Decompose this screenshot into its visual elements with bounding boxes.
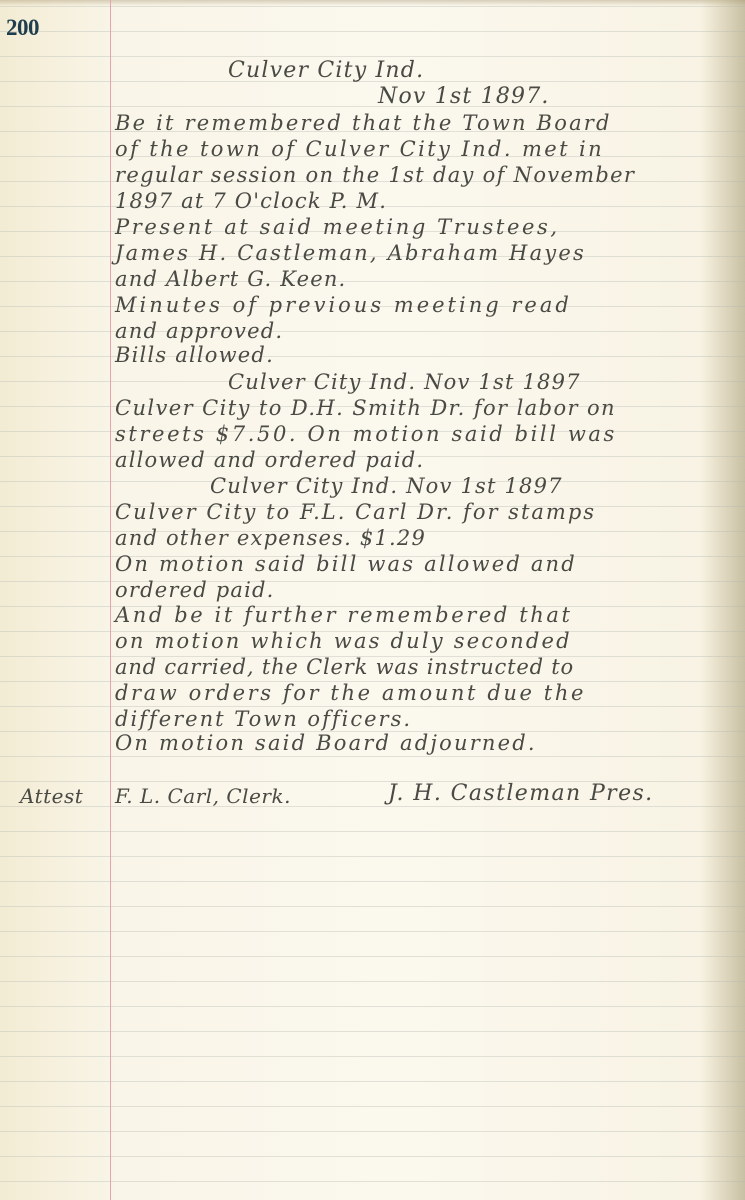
bill-header: Culver City Ind. Nov 1st 1897 xyxy=(228,370,581,394)
margin-line xyxy=(110,0,111,1200)
closing-line: And be it further remembered that xyxy=(115,603,573,627)
ledger-page: 200 Culver City Ind. Nov 1st 1897. Be it… xyxy=(0,0,745,1200)
minutes-line: of the town of Culver City Ind. met in xyxy=(115,137,604,161)
minutes-line: James H. Castleman, Abraham Hayes xyxy=(115,241,586,265)
closing-line: and carried, the Clerk was instructed to xyxy=(115,655,574,679)
heading-date: Nov 1st 1897. xyxy=(378,84,550,109)
president-signature: J. H. Castleman Pres. xyxy=(388,781,654,806)
closing-line: draw orders for the amount due the xyxy=(115,681,586,705)
bill-line: and other expenses. $1.29 xyxy=(115,526,426,550)
minutes-line: Be it remembered that the Town Board xyxy=(115,111,612,135)
minutes-line: Minutes of previous meeting read xyxy=(115,293,572,317)
bill-line: streets $7.50. On motion said bill was xyxy=(115,422,617,446)
heading-place: Culver City Ind. xyxy=(228,58,424,83)
minutes-line: 1897 at 7 O'clock P. M. xyxy=(115,189,387,213)
bill-line: On motion said bill was allowed and xyxy=(115,552,577,576)
closing-line: on motion which was duly seconded xyxy=(115,629,572,653)
bill-header: Culver City Ind. Nov 1st 1897 xyxy=(210,474,563,498)
attest-label: Attest xyxy=(20,784,83,808)
bill-line: Culver City to D.H. Smith Dr. for labor … xyxy=(115,396,616,420)
page-number: 200 xyxy=(6,15,39,41)
minutes-line: and approved. xyxy=(115,319,283,343)
minutes-line: Bills allowed. xyxy=(115,343,274,367)
closing-line: On motion said Board adjourned. xyxy=(115,731,537,755)
bill-line: ordered paid. xyxy=(115,578,275,602)
bill-line: Culver City to F.L. Carl Dr. for stamps xyxy=(115,500,596,524)
minutes-line: regular session on the 1st day of Novemb… xyxy=(115,163,635,187)
closing-line: different Town officers. xyxy=(115,707,412,731)
bill-line: allowed and ordered paid. xyxy=(115,448,424,472)
minutes-line: Present at said meeting Trustees, xyxy=(115,215,560,239)
minutes-line: and Albert G. Keen. xyxy=(115,267,346,291)
clerk-signature: F. L. Carl, Clerk. xyxy=(115,784,291,808)
